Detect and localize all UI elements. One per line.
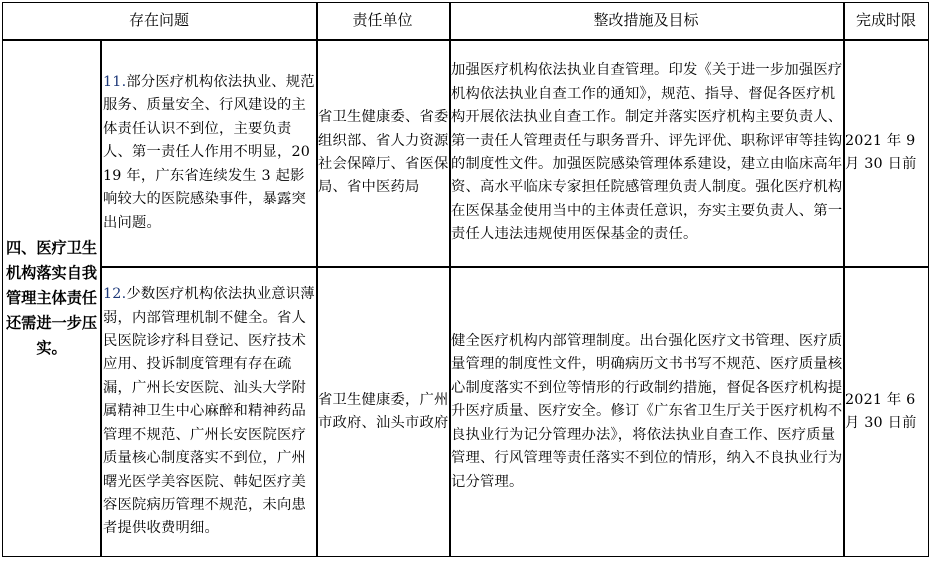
header-problem: 存在问题 (2, 2, 316, 39)
row2-measures-cell: 健全医疗机构内部管理制度。出台强化医疗文书管理、医疗质量管理的制度性文件，明确病… (451, 267, 843, 557)
row2-problem: 少数医疗机构依法执业意识薄弱，内部管理机制不健全。省人民医院诊疗科目登记、医疗技… (103, 286, 315, 536)
row1-deadline-cell: 2021 年 9 月 30 日前 (845, 40, 929, 266)
row2-deadline: 2021 年 6 月 30 日前 (845, 389, 929, 436)
row1-responsible-unit: 省卫生健康委、省委组织部、省人力资源社会保障厅、省医保局、省中医药局 (318, 106, 449, 200)
row2-measures: 健全医疗机构内部管理制度。出台强化医疗文书管理、医疗质量管理的制度性文件，明确病… (451, 330, 843, 494)
header-responsible-unit: 责任单位 (316, 2, 449, 39)
row2-responsible-unit: 省卫生健康委，广州市政府、汕头市政府 (318, 389, 449, 436)
row1-number: 11. (103, 74, 126, 90)
row1-deadline: 2021 年 9 月 30 日前 (845, 130, 929, 177)
header-measures: 整改措施及目标 (449, 2, 843, 39)
category-cell: 四、医疗卫生机构落实自我管理主体责任还需进一步压实。 (3, 40, 100, 557)
row2-deadline-cell: 2021 年 6 月 30 日前 (845, 267, 929, 557)
row1-measures-cell: 加强医疗机构依法执业自查管理。印发《关于进一步加强医疗机构依法执业自查工作的通知… (451, 40, 843, 266)
row1-unit-cell: 省卫生健康委、省委组织部、省人力资源社会保障厅、省医保局、省中医药局 (318, 40, 449, 266)
row2-number: 12. (103, 286, 126, 302)
category-text: 四、医疗卫生机构落实自我管理主体责任还需进一步压实。 (5, 236, 98, 361)
row1-problem: 部分医疗机构依法执业、规范服务、质量安全、行风建设的主体责任认识不到位，主要负责… (103, 74, 315, 230)
row2-problem-cell: 12.少数医疗机构依法执业意识薄弱，内部管理机制不健全。省人民医院诊疗科目登记、… (102, 267, 316, 557)
row1-measures: 加强医疗机构依法执业自查管理。印发《关于进一步加强医疗机构依法执业自查工作的通知… (451, 59, 843, 246)
row1-problem-cell: 11.部分医疗机构依法执业、规范服务、质量安全、行风建设的主体责任认识不到位，主… (102, 40, 316, 266)
header-deadline: 完成时限 (843, 2, 929, 39)
row2-unit-cell: 省卫生健康委，广州市政府、汕头市政府 (318, 267, 449, 557)
